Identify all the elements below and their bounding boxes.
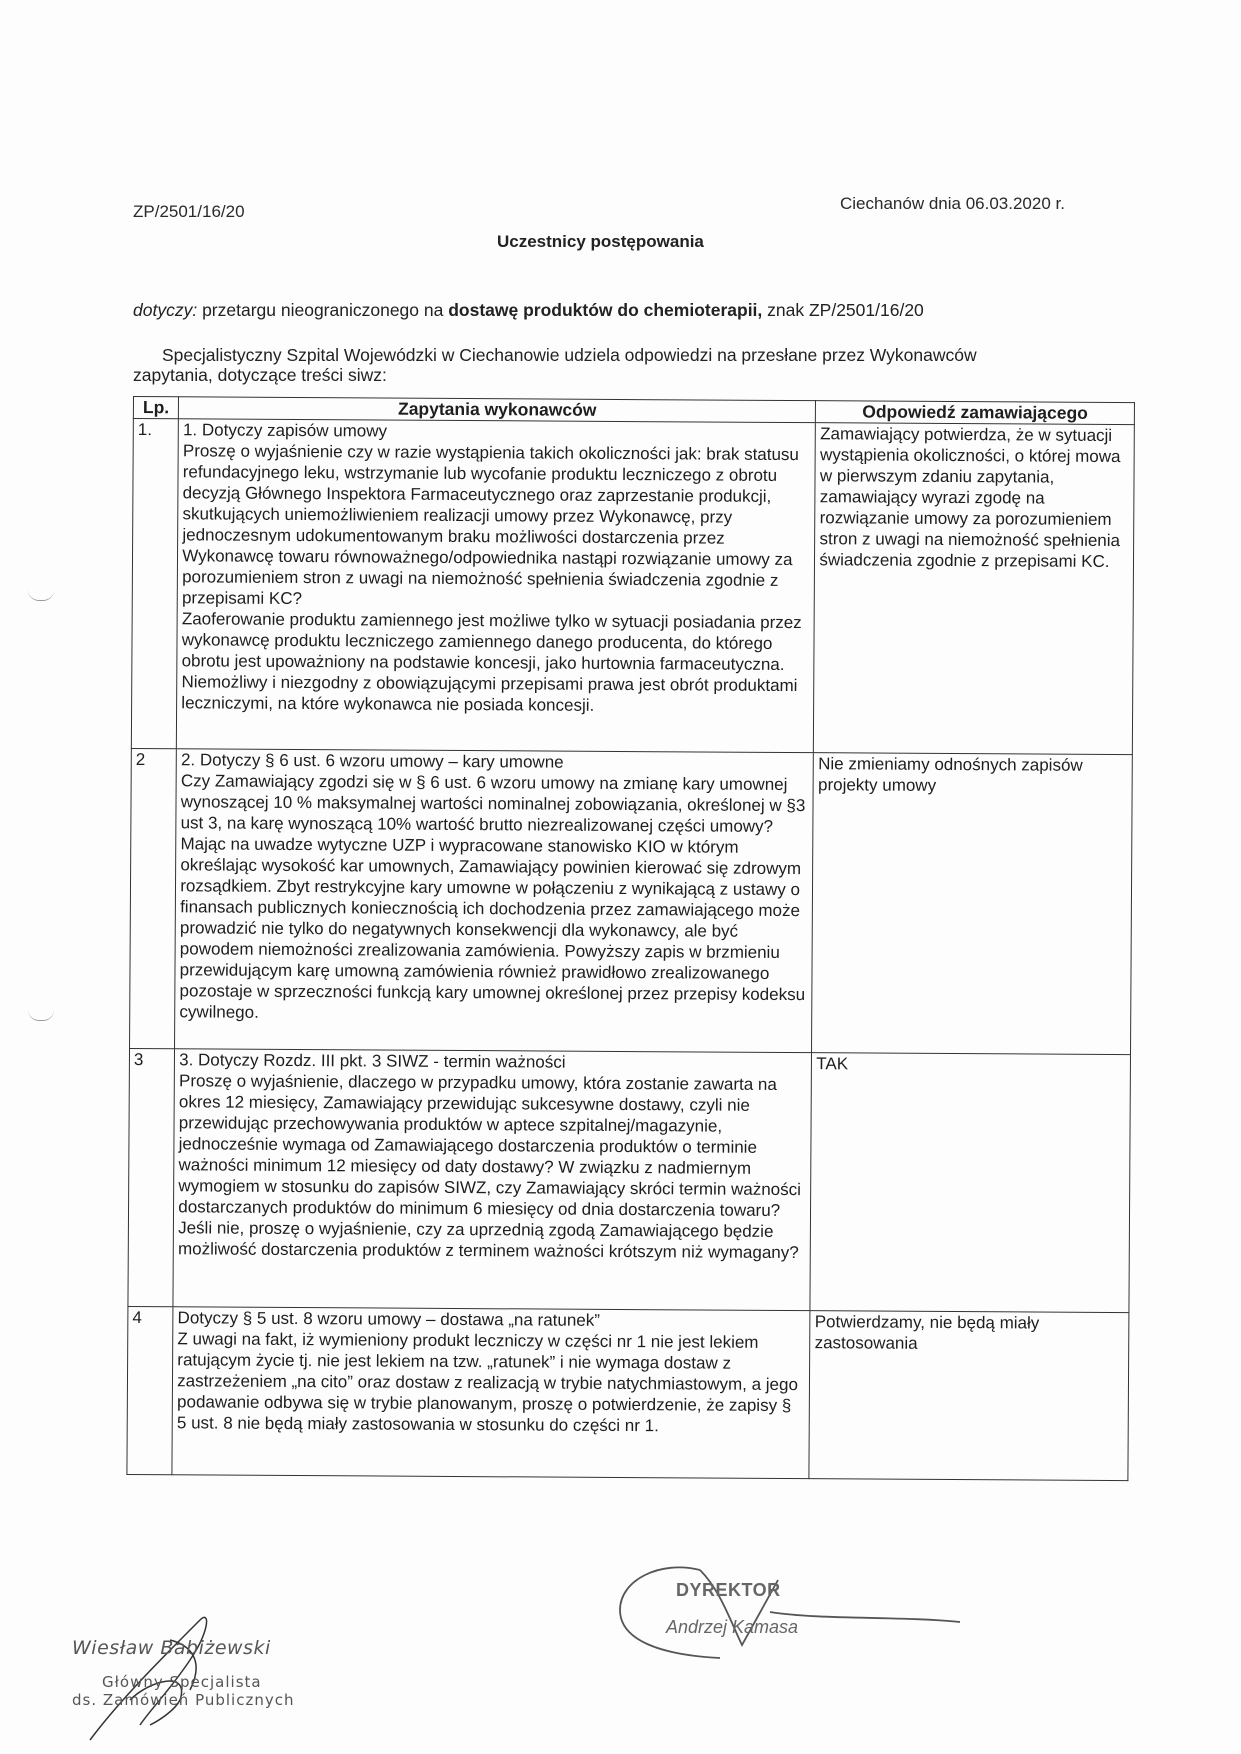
document-title: Uczestnicy postępowania: [497, 232, 704, 252]
table-row: 1.1. Dotyczy zapisów umowyProszę o wyjaś…: [131, 419, 1134, 755]
table-row: 33. Dotyczy Rozdz. III pkt. 3 SIWZ - ter…: [128, 1048, 1131, 1312]
question-paragraph: Czy Zamawiający zgodzi się w § 6 ust. 6 …: [181, 770, 810, 837]
question-paragraph: Zaoferowanie produktu zamiennego jest mo…: [181, 608, 810, 717]
place-date: Ciechanów dnia 06.03.2020 r.: [840, 194, 1065, 214]
signature-block-right: DYREKTOR Andrzej Kamasa: [676, 1580, 798, 1638]
answer-cell: Nie zmieniamy odnośnych zapisów projekty…: [812, 753, 1132, 1055]
signatory-name-right: Andrzej Kamasa: [666, 1617, 798, 1638]
subject-bold: dostawę produktów do chemioterapii,: [448, 300, 762, 320]
answer-cell: Potwierdzamy, nie będą miały zastosowani…: [809, 1311, 1129, 1481]
answer-cell: Zamawiający potwierdza, że w sytuacji wy…: [814, 423, 1135, 755]
question-paragraph: Proszę o wyjaśnienie czy w razie wystąpi…: [182, 440, 811, 612]
intro-paragraph: Specjalistyczny Szpital Wojewódzki w Cie…: [133, 345, 1053, 385]
signatory-department-left: ds. Zamówień Publicznych: [72, 1691, 294, 1709]
question-cell: 1. Dotyczy zapisów umowyProszę o wyjaśni…: [177, 419, 816, 753]
header-lp: Lp.: [133, 397, 178, 419]
table-row: 22. Dotyczy § 6 ust. 6 wzoru umowy – kar…: [130, 748, 1133, 1054]
signatory-role-left: Główny Specjalista: [72, 1673, 294, 1691]
signatory-title-right: DYREKTOR: [676, 1580, 798, 1601]
row-number: 3: [128, 1048, 175, 1306]
question-paragraph: Jeśli nie, proszę o wyjaśnienie, czy za …: [178, 1217, 806, 1263]
punch-hole-mark: [28, 1010, 54, 1021]
row-number: 4: [127, 1306, 173, 1474]
table-row: 4Dotyczy § 5 ust. 8 wzoru umowy – dostaw…: [127, 1306, 1129, 1480]
questions-answers-table: Lp. Zapytania wykonawców Odpowiedź zamaw…: [126, 396, 1135, 1481]
document-reference: ZP/2501/16/20: [133, 202, 245, 222]
question-paragraph: Proszę o wyjaśnienie, dlaczego w przypad…: [178, 1070, 807, 1221]
subject-prefix: dotyczy:: [133, 300, 197, 320]
subject-line: dotyczy: przetargu nieograniczonego na d…: [133, 300, 924, 321]
answer-cell: TAK: [810, 1053, 1130, 1313]
punch-hole-mark: [28, 590, 54, 601]
header-answers: Odpowiedź zamawiającego: [816, 401, 1135, 425]
question-cell: Dotyczy § 5 ust. 8 wzoru umowy – dostawa…: [172, 1307, 810, 1479]
signatory-name-left: Wiesław Babiżewski: [72, 1637, 294, 1659]
question-cell: 2. Dotyczy § 6 ust. 6 wzoru umowy – kary…: [175, 749, 814, 1053]
subject-text-before: przetargu nieograniczonego na: [197, 300, 448, 320]
subject-text-after: znak ZP/2501/16/20: [762, 300, 924, 320]
signature-block-left: Wiesław Babiżewski Główny Specjalista ds…: [72, 1637, 294, 1709]
row-number: 1.: [131, 419, 178, 749]
document-page: ZP/2501/16/20 Ciechanów dnia 06.03.2020 …: [0, 0, 1241, 1754]
row-number: 2: [130, 748, 177, 1048]
question-paragraph: Z uwagi na fakt, iż wymieniony produkt l…: [177, 1328, 806, 1437]
question-cell: 3. Dotyczy Rozdz. III pkt. 3 SIWZ - term…: [173, 1049, 812, 1311]
question-paragraph: Mając na uwadze wytyczne UZP i wypracowa…: [179, 833, 808, 1026]
